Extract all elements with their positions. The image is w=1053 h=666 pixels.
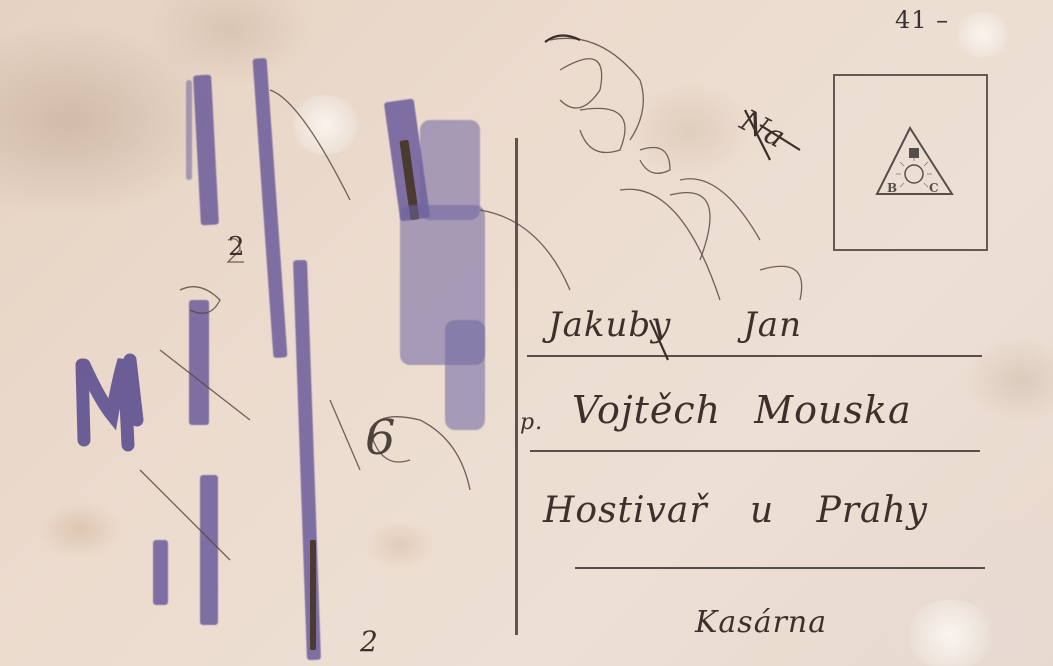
numeral-mark: 6 [365, 410, 397, 466]
address-line-1: Jakuby Jan [548, 305, 802, 345]
corner-note: 41 – [895, 6, 949, 34]
address-line-3: Hostivař u Prahy [543, 490, 928, 531]
address-line-4: Kasárna [695, 605, 827, 640]
handwriting-flourishes [0, 0, 1053, 666]
address-line-2-prefix: p. [520, 410, 543, 435]
address-line-2: Vojtěch Mouska [572, 388, 912, 432]
numeral-mark: 2 [360, 625, 379, 658]
postcard: B C [0, 0, 1053, 666]
numeral-mark: 2 [228, 232, 246, 262]
